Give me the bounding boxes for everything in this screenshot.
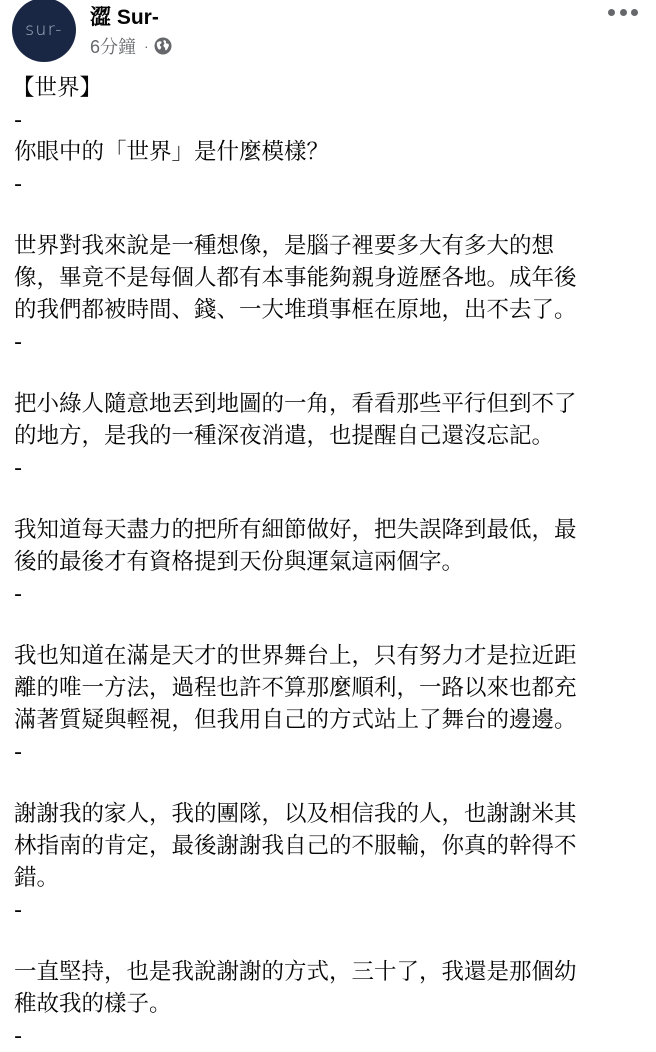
paragraph-4-line-1: 我也知道在滿是天才的世界舞台上，只有努力才是拉近距: [14, 640, 644, 672]
divider-dash: -: [14, 736, 644, 768]
question-line: 你眼中的「世界」是什麼模樣？: [14, 136, 644, 168]
paragraph-3-line-2: 後的最後才有資格提到天份與運氣這兩個字。: [14, 546, 644, 578]
paragraph-gap: [14, 926, 644, 956]
meta-separator: ·: [144, 38, 149, 54]
globe-icon[interactable]: [154, 37, 172, 55]
ellipsis-dot-icon: [620, 9, 627, 16]
post-title: 【世界】: [12, 72, 644, 104]
paragraph-6-line-2: 稚故我的樣子。: [14, 988, 644, 1020]
post-timestamp[interactable]: 6分鐘: [90, 33, 136, 59]
divider-dash: -: [14, 168, 644, 200]
paragraph-gap: [14, 768, 644, 798]
more-options-button[interactable]: [608, 4, 638, 20]
paragraph-4-line-2: 離的唯一方法，過程也許不算那麼順利，一路以來也都充: [14, 672, 644, 704]
divider-dash: -: [14, 894, 644, 926]
paragraph-6-line-1: 一直堅持，也是我說謝謝的方式，三十了，我還是那個幼: [14, 956, 644, 988]
paragraph-5-line-2: 林指南的肯定，最後謝謝我自己的不服輸，你真的幹得不: [14, 830, 644, 862]
divider-dash: -: [14, 104, 644, 136]
paragraph-2-line-1: 把小綠人隨意地丟到地圖的一角，看看那些平行但到不了: [14, 388, 644, 420]
paragraph-gap: [14, 484, 644, 514]
facebook-post: sur- 澀 Sur- 6分鐘 · 【世界】 - 你眼中的「世界」是什麼模樣？ …: [0, 0, 656, 1052]
author-name[interactable]: 澀 Sur-: [90, 1, 159, 31]
paragraph-1-line-3: 的我們都被時間、錢、一大堆瑣事框在原地，出不去了。: [14, 294, 644, 326]
paragraph-1-line-1: 世界對我來說是一種想像，是腦子裡要多大有多大的想: [14, 230, 644, 262]
divider-dash: -: [14, 578, 644, 610]
paragraph-2-line-2: 的地方，是我的一種深夜消遣，也提醒自己還沒忘記。: [14, 420, 644, 452]
paragraph-gap: [14, 200, 644, 230]
paragraph-gap: [14, 610, 644, 640]
ellipsis-dot-icon: [631, 9, 638, 16]
paragraph-4-line-3: 滿著質疑與輕視，但我用自己的方式站上了舞台的邊邊。: [14, 704, 644, 736]
post-meta: 6分鐘 ·: [90, 33, 172, 59]
divider-dash: -: [14, 452, 644, 484]
ellipsis-dot-icon: [608, 9, 615, 16]
divider-dash: -: [14, 326, 644, 358]
paragraph-5-line-1: 謝謝我的家人，我的團隊，以及相信我的人，也謝謝米其: [14, 798, 644, 830]
paragraph-5-line-3: 錯。: [14, 862, 644, 894]
divider-dash: -: [14, 1020, 644, 1052]
paragraph-1-line-2: 像，畢竟不是每個人都有本事能夠親身遊歷各地。成年後: [14, 262, 644, 294]
paragraph-gap: [14, 358, 644, 388]
post-body: 【世界】 - 你眼中的「世界」是什麼模樣？ - 世界對我來說是一種想像，是腦子裡…: [14, 72, 644, 1052]
paragraph-3-line-1: 我知道每天盡力的把所有細節做好，把失誤降到最低，最: [14, 514, 644, 546]
avatar[interactable]: sur-: [12, 0, 76, 62]
avatar-logo-text: sur-: [25, 20, 63, 40]
post-header: sur- 澀 Sur- 6分鐘 ·: [0, 0, 656, 64]
